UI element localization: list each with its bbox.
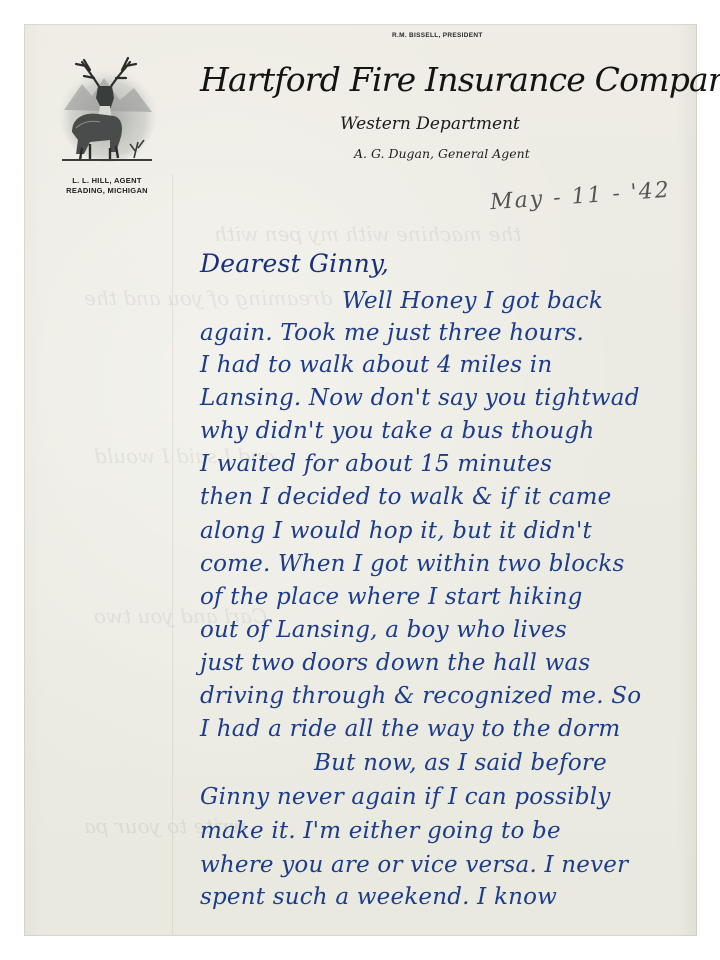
letter-line: driving through & recognized me. So (200, 683, 641, 709)
letter-line: again. Took me just three hours. (200, 320, 584, 346)
agent-block: L. L. HILL, AGENT READING, MICHIGAN (52, 176, 162, 196)
letter-line: I had a ride all the way to the dorm (200, 716, 620, 742)
letter-line: But now, as I said before (314, 750, 607, 776)
agent-name: L. L. HILL, AGENT (52, 176, 162, 186)
letter-line: make it. I'm either going to be (200, 818, 561, 844)
show-through-text: dreaming of you and the (84, 286, 333, 310)
letter-line: spent such a weekend. I know (200, 884, 557, 910)
letter-line: I waited for about 15 minutes (200, 451, 552, 477)
letter-paper: R.M. BISSELL, PRESIDENT (24, 24, 697, 936)
letter-line: along I would hop it, but it didn't (200, 518, 592, 544)
president-line: R.M. BISSELL, PRESIDENT (392, 32, 483, 39)
company-name: Hartford Fire Insurance Company (200, 60, 720, 99)
scanned-letter: R.M. BISSELL, PRESIDENT (0, 0, 720, 960)
letter-line: I had to walk about 4 miles in (200, 352, 552, 378)
letter-line: out of Lansing, a boy who lives (200, 617, 567, 643)
show-through-text: the machine with my pen with (214, 222, 521, 246)
letter-line: come. When I got within two blocks (200, 551, 625, 577)
department-name: Western Department (340, 114, 520, 134)
letter-line: why didn't you take a bus though (200, 418, 594, 444)
letter-line: where you are or vice versa. I never (200, 852, 628, 878)
letter-line: Ginny never again if I can possibly (200, 784, 611, 810)
general-agent: A. G. Dugan, General Agent (354, 146, 530, 161)
letter-line: Well Honey I got back (342, 288, 603, 314)
letter-line: just two doors down the hall was (200, 650, 590, 676)
letter-line: of the place where I start hiking (200, 584, 583, 610)
letter-line: Lansing. Now don't say you tightwad (200, 385, 640, 411)
salutation: Dearest Ginny, (200, 249, 389, 278)
stag-icon (54, 48, 158, 166)
letter-date: May - 11 - '42 (489, 178, 671, 216)
letter-line: then I decided to walk & if it came (200, 484, 611, 510)
agent-location: READING, MICHIGAN (52, 186, 162, 196)
